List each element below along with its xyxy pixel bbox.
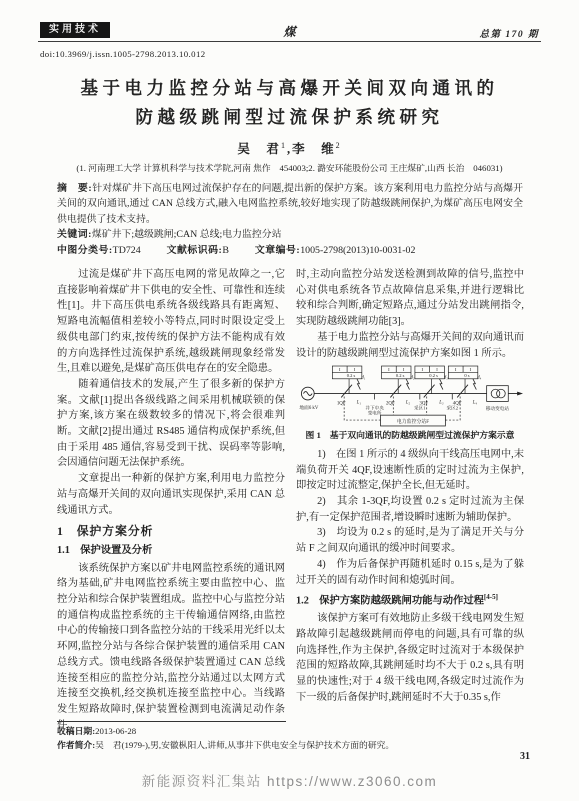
fault-label-d4: d₄: [477, 376, 481, 381]
footnote-rule: [57, 721, 286, 722]
paper-title-line2: 防越级跳闸型过流保护系统研究: [0, 104, 579, 129]
setting-1-time: 0.2 s: [347, 373, 356, 378]
feeder-label-l4: L₄: [472, 401, 478, 406]
author-bio-label: 作者简介:: [57, 740, 95, 750]
fault-marks: [357, 379, 476, 390]
clc-label: 中图分类号:: [57, 245, 113, 256]
feeder-label-l2: L₂: [405, 401, 411, 406]
setting-4-i2: I: [470, 367, 472, 372]
author-2: 李 维: [292, 142, 336, 156]
feeder-label-l1: L₁: [356, 401, 362, 406]
mining-area-2-label: 采区2: [446, 404, 458, 411]
setting-2-i1: I: [388, 367, 390, 372]
authors-line: 吴 君1,李 维2: [0, 139, 579, 157]
issue-number: 总第 170 期: [479, 26, 539, 40]
doc-code-label: 文献标识码:: [167, 245, 223, 256]
author-2-affil-mark: 2: [336, 141, 342, 150]
feeder-ticks: [375, 394, 453, 400]
numbered-item: 2) 其余 1-3QF,均设置 0.2 s 定时过流为主保护,有一定保护范围者,…: [296, 494, 524, 525]
paragraph: 时,主动向监控分站发送检测到故障的信号,监控中心对供电系统各节点故障信息采集,并…: [296, 267, 524, 330]
fault-label-d1: d₁: [361, 376, 365, 381]
setting-2-time: 0.2 s: [396, 373, 405, 378]
header-rule: [38, 41, 541, 42]
received-date-label: 收稿日期:: [57, 726, 95, 736]
monitor-station-label: 电力监控分站F: [397, 418, 429, 425]
doc-code-value: B: [222, 245, 229, 256]
section-heading-1: 1 保护方案分析: [57, 524, 285, 540]
watermark-text: 新能源资料汇集站 https://www.z3060.com: [0, 770, 579, 790]
paragraph: 随着通信技术的发展,产生了很多新的保护方案。文献[1]提出各级线路之间采用机械联…: [57, 377, 285, 471]
fault-label-d3: d₃: [444, 376, 448, 381]
substation-label-line2: 变电所: [368, 410, 382, 417]
article-id-value: 1005-2798(2013)10-0031-02: [300, 245, 415, 256]
fault-label-d2: d₂: [410, 376, 414, 381]
mining-area-1-label: 采区1: [414, 404, 426, 411]
paragraph: 该保护方案可有效地防止多级干线电网发生短路故障引起越级跳闸而停电的问题,具有可靠…: [296, 611, 524, 705]
setting-1-i1: I: [339, 367, 341, 372]
page-number: 31: [520, 751, 530, 762]
setting-3-i2: I: [436, 367, 438, 372]
setting-3-i1: I: [422, 367, 424, 372]
numbered-item: 3) 均设为 0.2 s 的延时,是为了满足开关与分站 F 之间双向通讯的缓冲时…: [296, 525, 524, 556]
subsection-heading-1-2: 1.2 保护方案防越级跳闸功能与动作过程[4-5]: [296, 590, 524, 609]
feeder-label-l3: L₃: [438, 401, 444, 406]
affiliation-line: (1. 河南理工大学 计算机科学与技术学院,河南 焦作 454003;2. 潞安…: [0, 161, 579, 174]
paper-page: 实用技术 煤 总第 170 期 doi:10.3969/j.issn.1005-…: [0, 0, 579, 801]
received-date-line: 收稿日期:2013-06-28: [57, 725, 527, 739]
footnote-block: 收稿日期:2013-06-28 作者简介:吴 君(1979-),男,安徽枞阳人,…: [57, 721, 527, 752]
author-bio-line: 作者简介:吴 君(1979-),男,安徽枞阳人,讲师,从事井下供电安全与保护技术…: [57, 739, 527, 753]
meta-line: 中图分类号:TD724文献标识码:B文章编号:1005-2798(2013)10…: [57, 243, 523, 258]
bus-arrow-icon: [517, 392, 523, 396]
setting-4-time: 0 s: [464, 373, 469, 378]
figure-1-caption: 图 1 基于双向通讯的防越级跳闸型过流保护方案示意: [296, 428, 524, 444]
figure-1: I I 0.2 s I I 0.2 s I I 0.2 s I I 0 s: [296, 364, 524, 444]
abstract-text: 针对煤矿井下高压电网过流保护存在的问题,提出新的保护方案。该方案利用电力监控分站…: [57, 183, 523, 225]
numbered-item: 4) 作为后备保护再随机延时 0.15 s,是为了躲过开关的固有动作时间和熄弧时…: [296, 557, 524, 588]
subsection-heading-1-2-text: 1.2 保护方案防越级跳闸功能与动作过程: [296, 596, 484, 607]
abstract-block: 摘 要:针对煤矿井下高压电网过流保护存在的问题,提出新的保护方案。该方案利用电力…: [57, 181, 523, 258]
subsection-heading-1-2-ref: [4-5]: [484, 593, 498, 601]
transformer-icon: [487, 386, 509, 402]
keywords-text: 煤矿井下;越级跳闸;CAN 总线;电力监控分站: [92, 229, 282, 240]
article-id-label: 文章编号:: [255, 245, 300, 256]
setting-2-i2: I: [403, 367, 405, 372]
keywords-label: 关键词:: [57, 229, 92, 240]
paper-title-line1: 基于电力监控分站与高爆开关间双向通讯的: [0, 75, 579, 100]
paragraph: 过流是煤矿井下高压电网的常见故障之一,它直接影响着煤矿井下供电的安全性、可靠性和…: [57, 267, 285, 377]
paragraph: 该系统保护方案以矿井电网监控系统的通讯网络为基础,矿井电网监控系统主要由监控中心…: [57, 561, 285, 734]
body-columns: 过流是煤矿井下高压电网的常见故障之一,它直接影响着煤矿井下供电的安全性、可靠性和…: [57, 267, 524, 733]
setting-4-i1: I: [455, 367, 457, 372]
author-bio-text: 吴 君(1979-),男,安徽枞阳人,讲师,从事井下供电安全与保护技术方面的研究…: [95, 740, 394, 750]
setting-1-i2: I: [354, 367, 356, 372]
ac-source-icon: [301, 387, 314, 400]
left-column: 过流是煤矿井下高压电网的常见故障之一,它直接影响着煤矿井下供电的安全性、可靠性和…: [57, 267, 285, 733]
source-label: 地面6 kV: [299, 404, 319, 411]
mobile-substation-label: 移动变电站: [486, 405, 509, 412]
received-date-value: 2013-06-28: [95, 726, 136, 736]
keywords-line: 关键词:煤矿井下;越级跳闸;CAN 总线;电力监控分站: [57, 227, 523, 242]
paragraph: 基于电力监控分站与高爆开关间的双向通讯而设计的防越级跳闸型过流保护方案如图 1 …: [296, 330, 524, 361]
paragraph: 文章提出一种新的保护方案,利用电力监控分站与高爆开关间的双向通讯实现保护,采用 …: [57, 471, 285, 518]
breaker-symbols: [341, 385, 468, 398]
figure-1-diagram: I I 0.2 s I I 0.2 s I I 0.2 s I I 0 s: [296, 364, 524, 427]
clc-value: TD724: [113, 245, 141, 256]
author-1: 吴 君: [237, 142, 281, 156]
subsection-heading-1-1: 1.1 保护设置及分析: [57, 543, 285, 559]
abstract-paragraph: 摘 要:针对煤矿井下高压电网过流保护存在的问题,提出新的保护方案。该方案利用电力…: [57, 181, 523, 227]
right-column: 时,主动向监控分站发送检测到故障的信号,监控中心对供电系统各节点故障信息采集,并…: [296, 267, 524, 733]
abstract-label: 摘 要:: [57, 183, 92, 194]
doi-line: doi:10.3969/j.issn.1005-2798.2013.10.012: [40, 49, 206, 59]
setting-3-time: 0.2 s: [429, 373, 438, 378]
numbered-item: 1) 在图 1 所示的 4 级纵向干线高压电网中,末端负荷开关 4QF,设速断性…: [296, 447, 524, 494]
